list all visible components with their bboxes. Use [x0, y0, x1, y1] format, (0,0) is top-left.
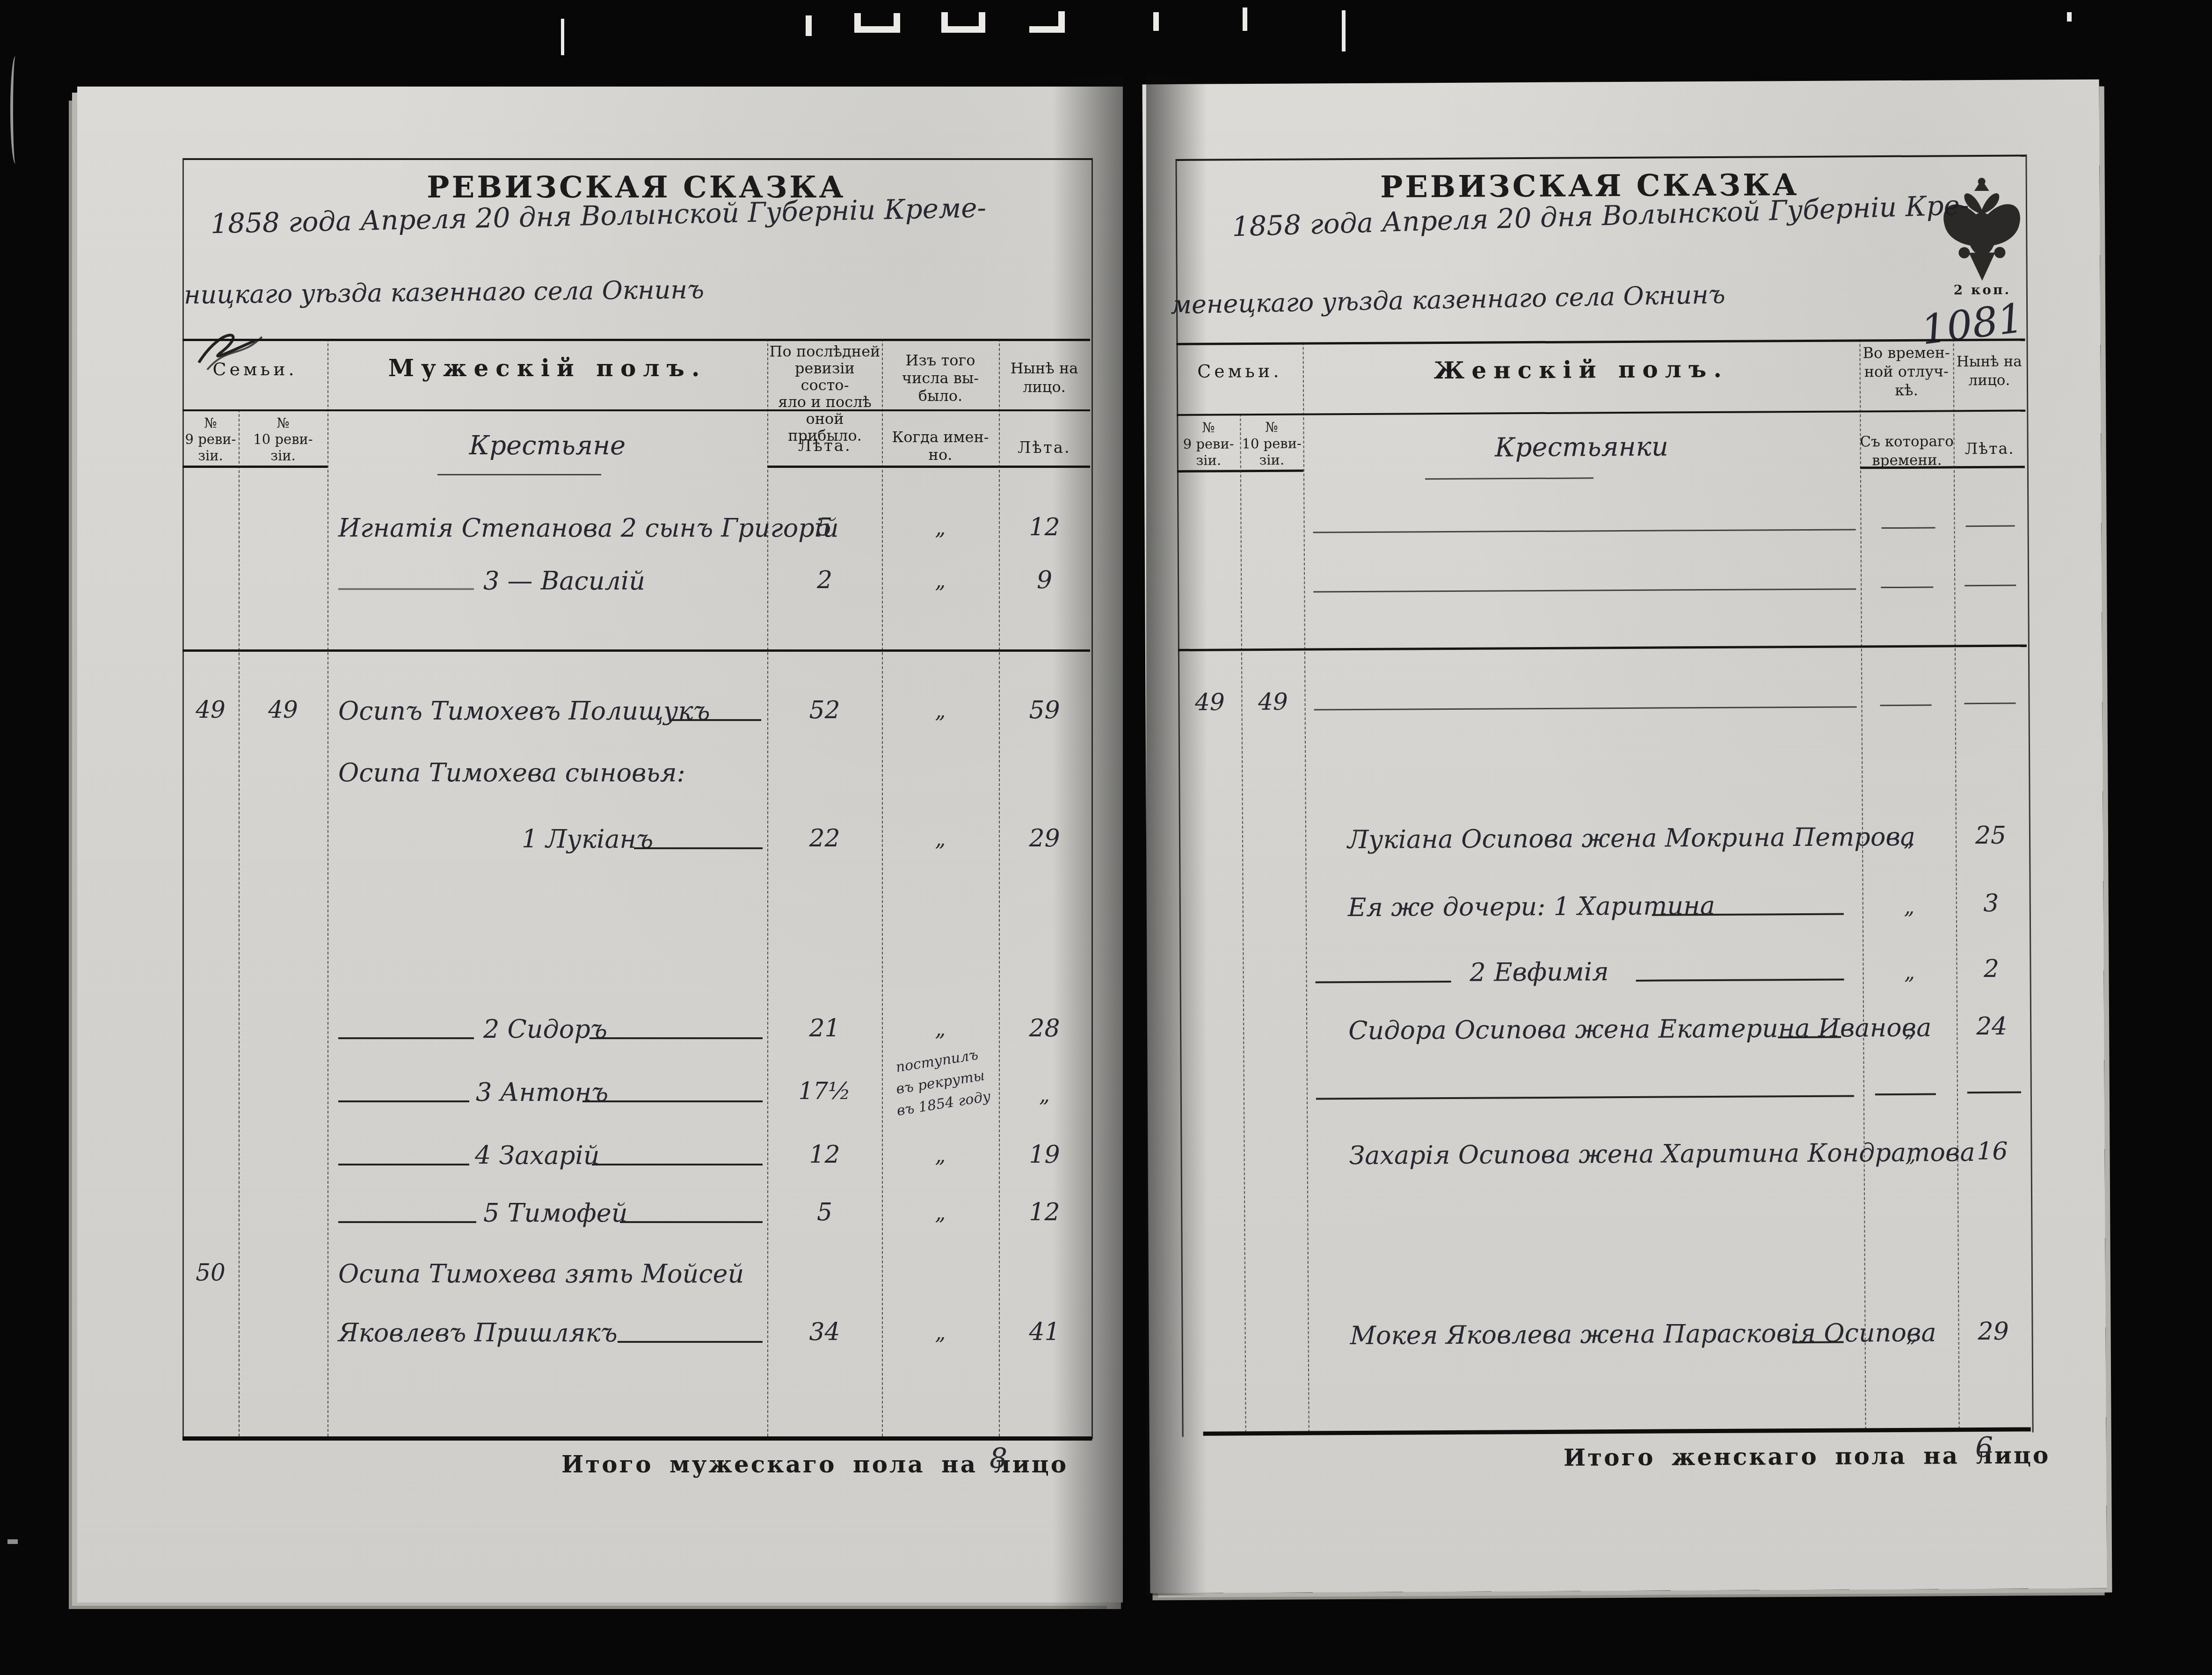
filler-line — [582, 1100, 763, 1102]
film-mark — [1342, 10, 1346, 51]
grid-line — [1954, 466, 2025, 469]
age-now: 9 — [999, 566, 1090, 594]
rev9-number: 49 — [182, 696, 239, 723]
col-family: Семьи. — [182, 359, 327, 379]
row-rule — [1965, 703, 2016, 705]
group-underline — [437, 474, 601, 475]
filler-line — [592, 1164, 763, 1165]
row-name: 5 Тимофей — [483, 1198, 628, 1228]
col-rev10: № 10 реви- зіи. — [1240, 419, 1303, 469]
age-now: 24 — [1957, 1012, 2027, 1041]
filler-line — [589, 1037, 763, 1039]
age-prev: 2 — [767, 566, 882, 594]
grid-line — [882, 339, 883, 1436]
ditto-mark: „ — [882, 1201, 999, 1225]
col-when-sub: Когда имен- но. — [883, 428, 998, 464]
ditto-mark: „ — [1863, 895, 1956, 919]
age-now: 41 — [999, 1318, 1090, 1346]
hdr-line: № — [239, 415, 327, 431]
hdr-line: ной отлуч- — [1861, 362, 1952, 381]
filler-line — [1967, 1092, 2021, 1094]
grid-line — [239, 409, 240, 1436]
age-prev: 12 — [767, 1141, 882, 1169]
film-mark — [7, 1539, 18, 1544]
filler-line — [1778, 1036, 1841, 1039]
age-prev: 52 — [767, 696, 882, 724]
left-page: РЕВИЗСКАЯ СКАЗКА 1858 года Апреля 20 дня… — [77, 87, 1123, 1602]
filler-line — [338, 1037, 474, 1039]
hdr-line: времени. — [1859, 451, 1955, 470]
filler-line — [338, 1221, 476, 1223]
row-name: 2 Евфимія — [1470, 957, 1609, 987]
grid-line — [999, 466, 1090, 468]
row-rule — [1880, 705, 1932, 706]
row-rule — [1881, 587, 1933, 589]
hdr-line: Когда имен- — [883, 428, 998, 446]
age-now: 3 — [1956, 889, 2026, 918]
hdr-line: Нынѣ на — [1000, 359, 1089, 378]
filler-line — [338, 1100, 469, 1102]
hdr-line: № — [1177, 419, 1240, 436]
row-name: 2 Сидоръ — [483, 1014, 607, 1044]
hdr-line: было. — [884, 387, 997, 405]
group-label: Крестьянки — [1303, 430, 1860, 464]
filler-line — [1875, 1093, 1936, 1096]
row-name: Яковлевъ Пришлякъ — [338, 1318, 618, 1347]
row-name: 4 Захарій — [475, 1141, 600, 1170]
ditto-mark: „ — [1864, 1323, 1958, 1347]
ditto-mark: „ — [882, 569, 999, 593]
ditto-mark: „ — [1863, 1143, 1957, 1167]
col-rev10: № 10 реви- зіи. — [239, 415, 327, 464]
film-mark — [561, 19, 564, 55]
hdr-line: лицо. — [1954, 371, 2024, 390]
row-name: Осипа Тимохева зять Мойсей — [338, 1259, 744, 1289]
filler-line — [672, 719, 761, 721]
film-mark — [2067, 12, 2072, 22]
grid-line — [767, 466, 882, 468]
col-prev-sub: Лѣта. — [769, 437, 881, 455]
age-now: 59 — [999, 696, 1090, 724]
rev9-number: 50 — [182, 1259, 239, 1286]
filler-line — [618, 1341, 763, 1343]
ditto-mark: „ — [882, 827, 999, 851]
film-mark — [941, 12, 985, 33]
grid-line — [999, 339, 1000, 1436]
film-mark — [854, 13, 900, 33]
grid-line — [882, 466, 999, 468]
filler-line — [338, 588, 474, 590]
grid-line — [182, 339, 1090, 341]
hdr-line: № — [1240, 419, 1303, 436]
total-value: 6 — [1975, 1431, 1994, 1464]
hdr-line: зіи. — [1240, 452, 1303, 469]
col-present: Нынѣ на лицо. — [1000, 359, 1089, 396]
age-now: 29 — [999, 824, 1090, 852]
row-name: Осипа Тимохева сыновья: — [338, 758, 685, 787]
col-away: Во времен- ной отлуч- кѣ. — [1860, 343, 1952, 400]
book-scan: { "left_page": { "title": "РЕВИЗСКАЯ СКА… — [0, 0, 2212, 1675]
table-border — [182, 158, 1093, 1439]
age-prev: 21 — [767, 1014, 882, 1042]
ditto-mark: „ — [1863, 960, 1956, 984]
hdr-line: кѣ. — [1861, 380, 1952, 400]
rev9-number: 49 — [1178, 688, 1241, 716]
col-gender: Женскій полъ. — [1303, 354, 1860, 385]
hdr-line: 10 реви- — [239, 431, 327, 448]
row-name: Лукіана Осипова жена Мокрина Петрова — [1347, 822, 1915, 854]
filler-line — [620, 1221, 763, 1223]
table-bottom-line — [182, 1436, 1092, 1441]
col-family: Семьи. — [1177, 361, 1303, 382]
hdr-line: зіи. — [239, 448, 327, 464]
grid-line — [1240, 470, 1303, 473]
film-mark — [806, 15, 812, 36]
right-page: РЕВИЗСКАЯ СКАЗКА 1858 года Апреля 20 дня… — [1142, 80, 2107, 1594]
ditto-mark: „ — [882, 1143, 999, 1167]
age-prev: 34 — [767, 1318, 882, 1346]
hdr-line: но. — [883, 446, 998, 464]
col-gender: Мужескій полъ. — [327, 354, 767, 382]
col-now-sub: Лѣта. — [1955, 439, 2025, 458]
hdr-line: 9 реви- — [1177, 436, 1240, 452]
age-prev: 5 — [767, 513, 882, 541]
col-prev-revision: По послѣдней ревизіи состо- яло и послѣ … — [769, 343, 881, 444]
group-label: Крестьяне — [327, 430, 767, 461]
filler-line — [1792, 1341, 1844, 1344]
age-now: 19 — [999, 1141, 1090, 1169]
row-name: Сидора Осипова жена Екатерина Иванова — [1348, 1013, 1931, 1046]
row-rule — [1882, 527, 1935, 529]
age-prev: 5 — [767, 1198, 882, 1226]
hdr-line: Нынѣ на — [1954, 352, 2024, 371]
age-now: 25 — [1956, 822, 2026, 850]
filler-line — [634, 847, 763, 849]
film-mark — [1029, 11, 1065, 33]
col-rev9: № 9 реви- зіи. — [182, 415, 239, 464]
ditto-mark: „ — [882, 699, 999, 723]
age-now: 28 — [999, 1014, 1090, 1042]
film-mark — [1153, 12, 1159, 31]
hdr-line: числа вы- — [884, 369, 997, 387]
grid-line — [327, 339, 328, 1436]
col-present: Нынѣ на лицо. — [1954, 352, 2024, 390]
total-value: 8 — [990, 1442, 1007, 1475]
row-rule — [1965, 585, 2016, 587]
row-rule — [1966, 525, 2015, 527]
row-name: Мокея Яковлева жена Парасковія Осипова — [1350, 1318, 1936, 1351]
ditto-mark: „ — [882, 516, 999, 540]
hdr-line: зіи. — [182, 448, 239, 464]
col-now-sub: Лѣта. — [1000, 438, 1089, 457]
hdr-line: По послѣдней — [769, 343, 881, 360]
hdr-line: лицо. — [1000, 378, 1089, 396]
row-name: Ея же дочери: 1 Харитина — [1348, 891, 1715, 922]
age-now: 12 — [999, 1198, 1090, 1226]
row-name: 3 — Василій — [483, 566, 645, 596]
row-name: 3 Антонъ — [476, 1078, 608, 1107]
ditto-mark: „ — [1863, 1018, 1957, 1042]
imperial-eagle-stamp-icon — [1935, 175, 2029, 284]
ditto-mark: „ — [999, 1083, 1090, 1107]
age-now: 2 — [1956, 955, 2026, 983]
hdr-line: 9 реви- — [182, 431, 239, 448]
date-line: ницкаго уѣзда казеннаго села Окнинъ — [184, 275, 705, 310]
hdr-line: зіи. — [1177, 452, 1240, 469]
ditto-mark: „ — [882, 1017, 999, 1041]
age-now: 29 — [1958, 1317, 2028, 1346]
grid-line — [239, 466, 327, 468]
age-now: 12 — [999, 513, 1090, 541]
grid-line — [182, 466, 239, 468]
grid-line — [1177, 470, 1240, 473]
section-separator — [182, 649, 1090, 652]
age-prev: 17½ — [767, 1078, 882, 1105]
filler-line — [338, 1164, 469, 1165]
col-rev9: № 9 реви- зіи. — [1177, 419, 1240, 469]
hdr-line: Изъ того — [884, 351, 997, 369]
hdr-line: № — [182, 415, 239, 431]
age-now: 16 — [1957, 1137, 2027, 1166]
row-name: Игнатія Степанова 2 сынъ Григорій — [338, 513, 839, 543]
hdr-line: Съ котораго — [1859, 432, 1954, 451]
hdr-line: ревизіи состо- — [769, 360, 881, 393]
ditto-mark: „ — [882, 1321, 999, 1345]
rev10-number: 49 — [239, 696, 327, 723]
row-name: Осипъ Тимохевъ Полищукъ — [338, 696, 710, 726]
film-mark — [10, 56, 21, 164]
hdr-line: яло и послѣ — [769, 393, 881, 410]
col-since-sub: Съ котораго времени. — [1859, 432, 1954, 470]
age-prev: 22 — [767, 824, 882, 852]
row-name: 1 Лукіанъ — [522, 824, 653, 854]
col-departed: Изъ того числа вы- было. — [884, 351, 997, 405]
hdr-line: Во времен- — [1860, 343, 1952, 362]
grid-line — [182, 409, 1090, 411]
rev10-number: 49 — [1241, 688, 1304, 716]
grid-line — [767, 339, 768, 1436]
hdr-line: 10 реви- — [1240, 436, 1303, 452]
film-mark — [1243, 7, 1247, 31]
ditto-mark: „ — [1862, 827, 1956, 851]
